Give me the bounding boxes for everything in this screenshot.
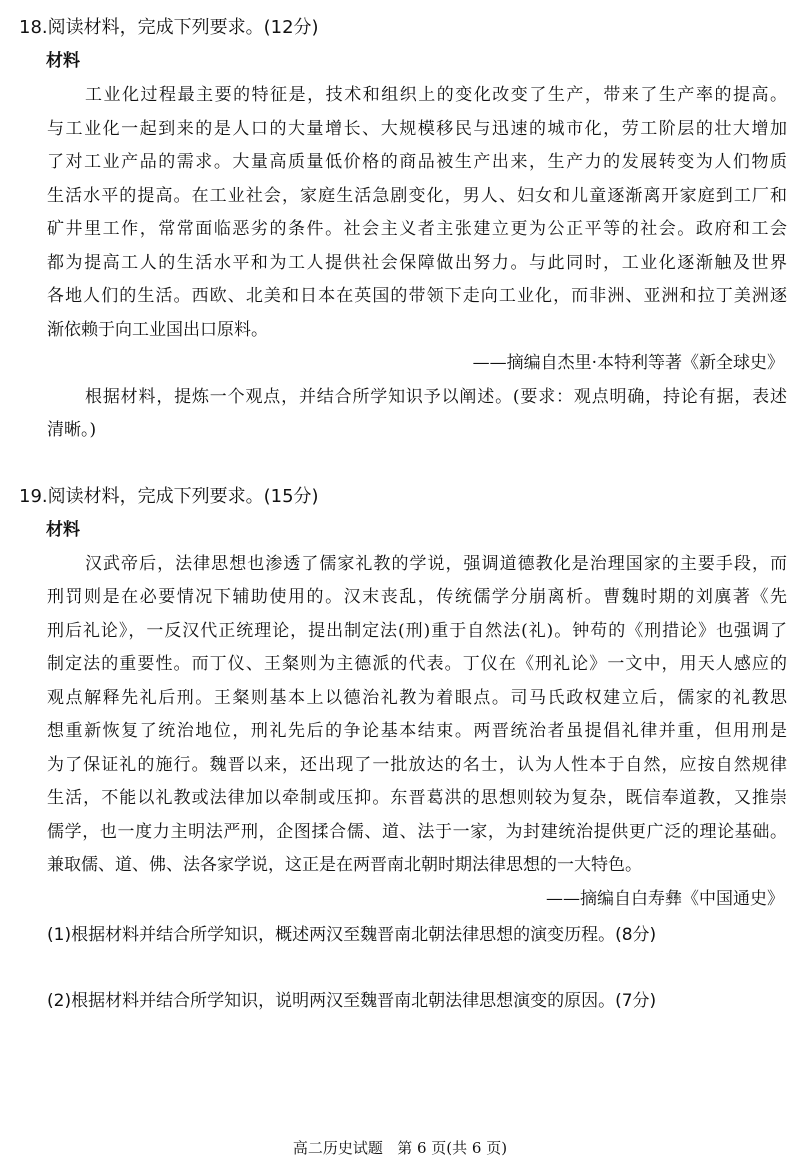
question-19-material-line: 想重新恢复了统治地位，刑礼先后的争论基本结束。两晋统治者虽提倡礼律并重，但用刑是 (47, 720, 787, 742)
question-18-material-line: 与工业化一起到来的是人口的大量增长、大规模移民与迅速的城市化，劳工阶层的壮大增加 (47, 118, 787, 140)
question-19-material-label: 材料 (46, 519, 80, 541)
question-19-material-line: 为了保证礼的施行。魏晋以来，还出现了一批放达的名士，认为人性本于自然，应按自然规… (47, 754, 787, 776)
question-19-material-line: 观点解释先礼后刑。王粲则基本上以德治礼教为着眼点。司马氏政权建立后，儒家的礼教思 (47, 687, 787, 709)
question-19-material-line: 刑罚则是在必要情况下辅助使用的。汉末丧乱，传统儒学分崩离析。曹魏时期的刘廙著《先 (47, 586, 787, 608)
question-19-sub-question-2: (2)根据材料并结合所学知识，说明两汉至魏晋南北朝法律思想演变的原因。(7分) (47, 990, 656, 1012)
page-footer: 高二历史试题 第 6 页(共 6 页) (0, 1138, 800, 1158)
question-19-material-line: 制定法的重要性。而丁仪、王粲则为主德派的代表。丁仪在《刑礼论》一文中，用天人感应… (47, 653, 787, 675)
question-19-material-line: 汉武帝后，法律思想也渗透了儒家礼教的学说，强调道德教化是治理国家的主要手段，而 (85, 553, 787, 575)
question-18-prompt-line: 清晰。) (47, 419, 787, 441)
question-18-material-label: 材料 (46, 50, 80, 72)
question-18-material-line: 生活水平的提高。在工业社会，家庭生活急剧变化，男人、妇女和儿童逐渐离开家庭到工厂… (47, 185, 787, 207)
question-18-source: ——摘编自杰里·本特利等著《新全球史》 (473, 352, 784, 374)
question-18-material-line: 矿井里工作，常常面临恶劣的条件。社会主义者主张建立更为公正平等的社会。政府和工会 (47, 218, 787, 240)
question-18-title: 18.阅读材料，完成下列要求。(12分) (19, 17, 319, 39)
question-19-title: 19.阅读材料，完成下列要求。(15分) (19, 486, 319, 508)
question-18-material-line: 渐依赖于向工业国出口原料。 (47, 319, 787, 341)
question-18-prompt-line: 根据材料，提炼一个观点，并结合所学知识予以阐述。(要求：观点明确，持论有据，表述 (85, 386, 787, 408)
question-19-source: ——摘编自白寿彝《中国通史》 (546, 888, 784, 910)
question-19-material-line: 儒学，也一度力主明法严刑，企图揉合儒、道、法于一家，为封建统治提供更广泛的理论基… (47, 821, 787, 843)
question-18-material-line: 各地人们的生活。西欧、北美和日本在英国的带领下走向工业化，而非洲、亚洲和拉丁美洲… (47, 285, 787, 307)
question-19-material-line: 刑后礼论》，一反汉代正统理论，提出制定法(刑)重于自然法(礼)。钟苟的《刑措论》… (47, 620, 787, 642)
question-18-material-line: 了对工业产品的需求。大量高质量低价格的商品被生产出来，生产力的发展转变为人们物质 (47, 151, 787, 173)
question-18-material-line: 都为提高工人的生活水平和为工人提供社会保障做出努力。与此同时，工业化逐渐触及世界 (47, 252, 787, 274)
question-19-sub-question-1: (1)根据材料并结合所学知识，概述两汉至魏晋南北朝法律思想的演变历程。(8分) (47, 924, 656, 946)
question-19-material-line: 兼取儒、道、佛、法各家学说，这正是在两晋南北朝时期法律思想的一大特色。 (47, 854, 787, 876)
question-18-material-line: 工业化过程最主要的特征是，技术和组织上的变化改变了生产，带来了生产率的提高。 (85, 84, 787, 106)
question-19-material-line: 生活，不能以礼教或法律加以牵制或压抑。东晋葛洪的思想则较为复杂，既信奉道教，又推… (47, 787, 787, 809)
exam-page: 18.阅读材料，完成下列要求。(12分) 材料 工业化过程最主要的特征是，技术和… (0, 0, 800, 1174)
